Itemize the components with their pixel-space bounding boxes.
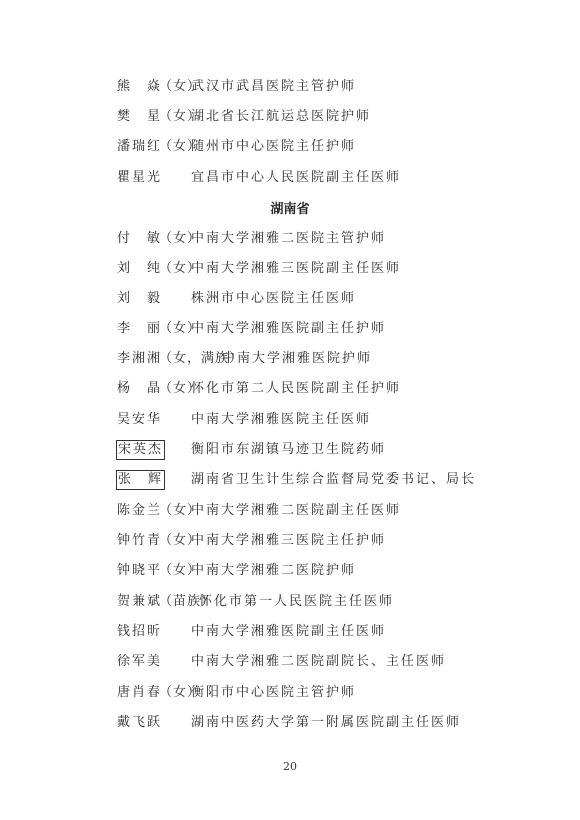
person-name: 刘 纯 — [117, 258, 162, 280]
person-title: 中南大学湘雅二医院副主任医师 — [191, 500, 401, 522]
section-heading-hunan: 湖南省 — [0, 198, 580, 217]
person-title: 武汉市武昌医院主管护师 — [191, 76, 356, 98]
person-name: 樊 星 — [117, 106, 162, 128]
person-name: 徐军美 — [117, 651, 162, 673]
person-name: 瞿星光 — [117, 167, 162, 189]
person-title: 中南大学湘雅三医院主任护师 — [191, 530, 386, 552]
person-title: 中南大学湘雅二医院副院长、主任医师 — [191, 651, 446, 673]
person-name: 贺兼斌 — [117, 591, 162, 613]
person-title: 随州市中心医院主任护师 — [191, 136, 356, 158]
person-title: 中南大学湘雅医院副主任医师 — [191, 621, 386, 643]
person-name: 钟晓平 — [117, 560, 162, 582]
person-name: 付 敏 — [117, 228, 162, 250]
document-page: 熊 焱 （女） 武汉市武昌医院主管护师 樊 星 （女） 湖北省长江航运总医院护师… — [0, 0, 580, 820]
person-title: 中南大学湘雅医院主任医师 — [191, 409, 371, 431]
person-title: 湖南省卫生计生综合监督局党委书记、局长 — [191, 469, 476, 491]
person-name-boxed: 宋英杰 — [116, 440, 165, 460]
person-title: 湖南中医药大学第一附属医院副主任医师 — [191, 712, 461, 734]
person-title: 衡阳市东湖镇马迹卫生院药师 — [191, 439, 386, 461]
person-name: 李湘湘 — [117, 348, 162, 370]
person-name: 刘 毅 — [117, 288, 162, 310]
person-name: 钱招昕 — [117, 621, 162, 643]
person-title: 中南大学湘雅三医院副主任医师 — [191, 258, 401, 280]
person-name-boxed: 张 辉 — [116, 470, 165, 490]
person-title: 湖北省长江航运总医院护师 — [191, 106, 371, 128]
person-title: 中南大学湘雅医院副主任护师 — [191, 318, 386, 340]
person-name: 唐肖春 — [117, 682, 162, 704]
person-title: 中南大学湘雅二医院主管护师 — [191, 228, 386, 250]
person-title: 宜昌市中心人民医院副主任医师 — [191, 167, 401, 189]
person-name: 钟竹青 — [117, 530, 162, 552]
person-name: 戴飞跃 — [117, 712, 162, 734]
person-title: 怀化市第一人民医院主任医师 — [199, 591, 394, 613]
person-title: 株洲市中心医院主任医师 — [191, 288, 356, 310]
person-title: 怀化市第二人民医院副主任护师 — [191, 378, 401, 400]
person-name: 李 丽 — [117, 318, 162, 340]
person-title: 衡阳市中心医院主管护师 — [191, 682, 356, 704]
person-name: 杨 晶 — [117, 378, 162, 400]
page-number: 20 — [0, 760, 580, 773]
person-name: 熊 焱 — [117, 76, 162, 98]
person-name: 潘瑞红 — [117, 136, 162, 158]
person-title: 中南大学湘雅二医院护师 — [191, 560, 356, 582]
person-name: 陈金兰 — [117, 500, 162, 522]
person-title: 中南大学湘雅医院护师 — [222, 348, 372, 370]
person-name: 吴安华 — [117, 409, 162, 431]
